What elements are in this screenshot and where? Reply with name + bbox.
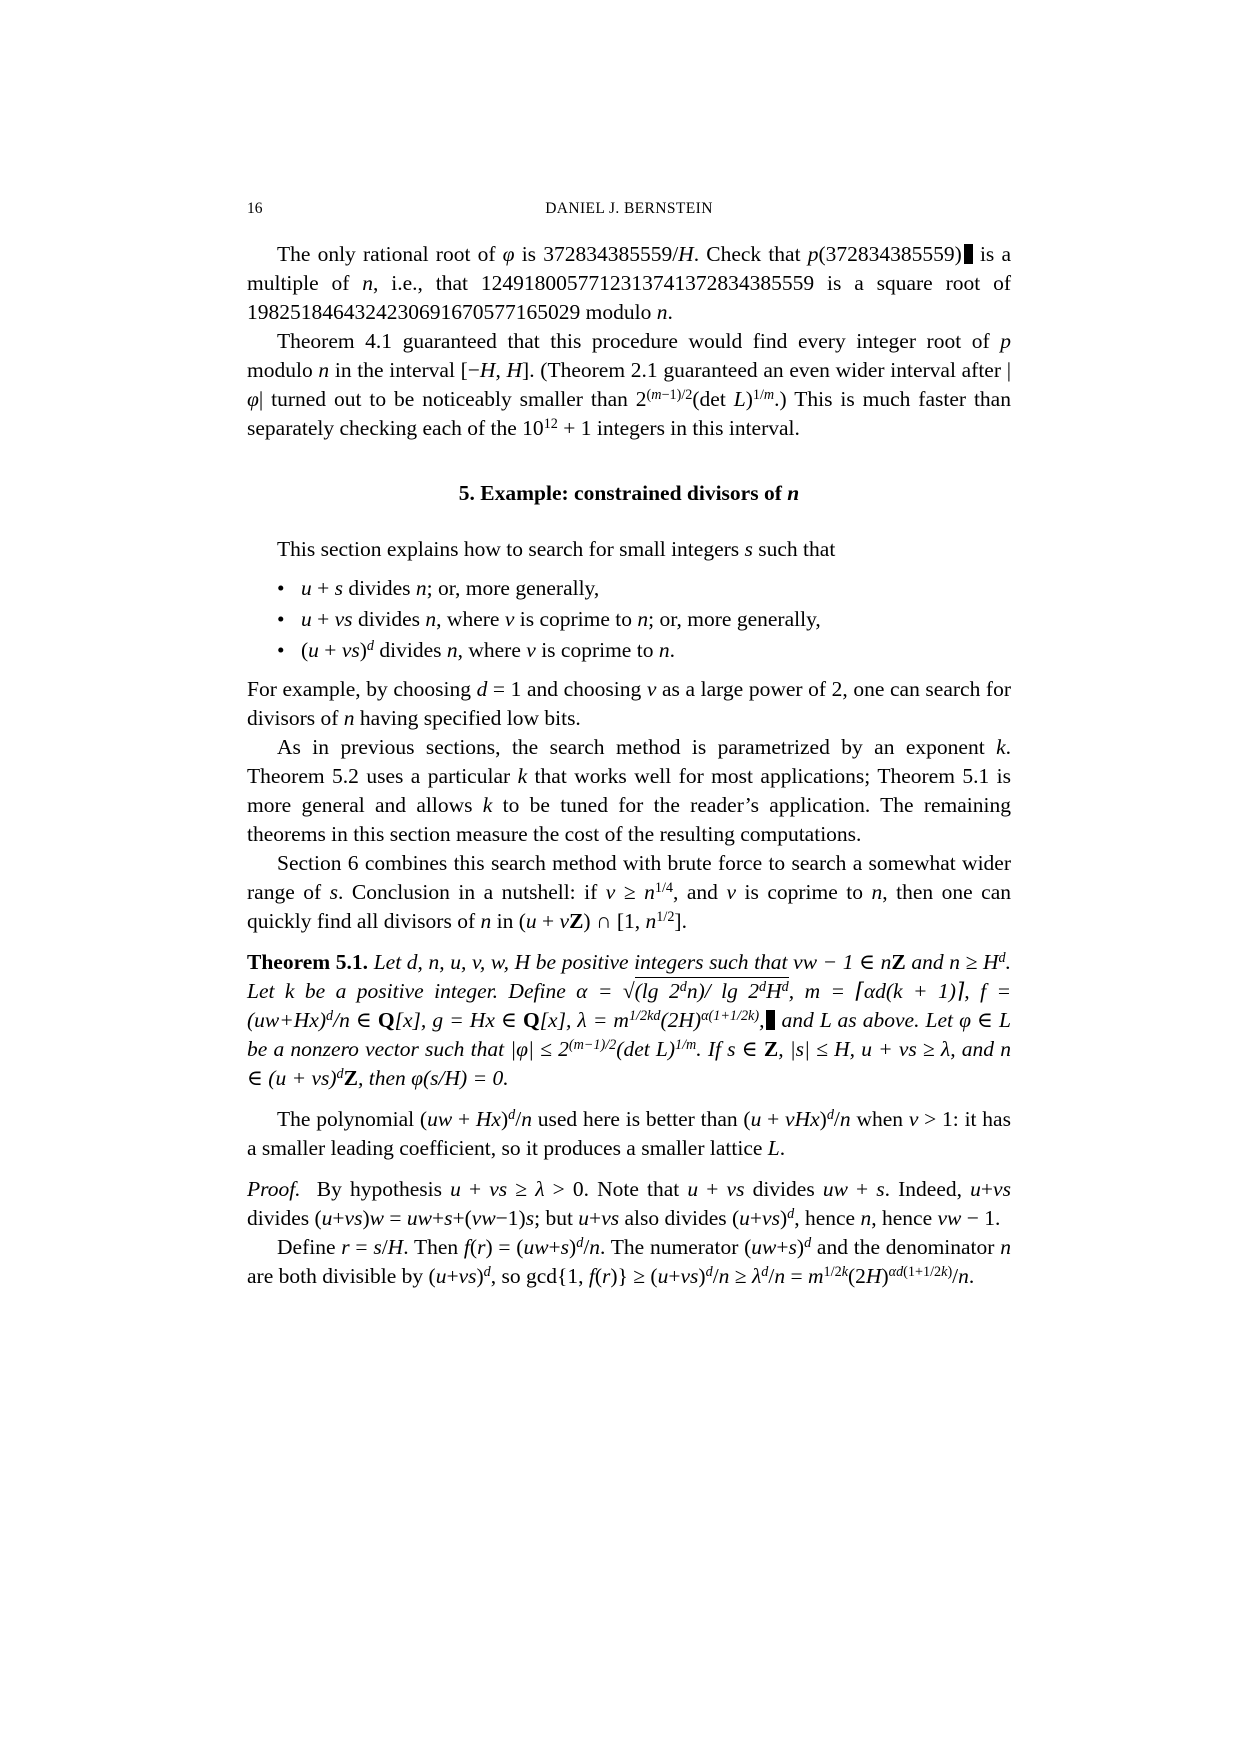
list-item: •u + s divides n; or, more generally, — [247, 573, 1011, 604]
theorem-5-1: Theorem 5.1. Let d, n, u, v, w, H be pos… — [247, 948, 1011, 1093]
paragraph-for-example: For example, by choosing d = 1 and choos… — [247, 675, 1011, 733]
bullet-text: u + vs divides n, where v is coprime to … — [301, 607, 821, 631]
paragraph-rational-root: The only rational root of φ is 372834385… — [247, 240, 1011, 327]
paragraph-as-in-previous: As in previous sections, the search meth… — [247, 733, 1011, 849]
paragraph-proof-2: Define r = s/H. Then f(r) = (uw+s)d/n. T… — [247, 1233, 1011, 1291]
section-heading: 5. Example: constrained divisors of n — [247, 479, 1011, 508]
running-head: DANIEL J. BERNSTEIN — [545, 200, 713, 217]
bullet-text: u + s divides n; or, more generally, — [301, 576, 599, 600]
bullet-marker: • — [277, 604, 301, 635]
paper-page: 16 DANIEL J. BERNSTEIN The only rational… — [0, 0, 1240, 1754]
running-header: 16 DANIEL J. BERNSTEIN — [247, 200, 1011, 218]
text-block: 16 DANIEL J. BERNSTEIN The only rational… — [247, 200, 1011, 1291]
paragraph-polynomial-remark: The polynomial (uw + Hx)d/n used here is… — [247, 1105, 1011, 1163]
paragraph-section-6: Section 6 combines this search method wi… — [247, 849, 1011, 936]
bullet-marker: • — [277, 573, 301, 604]
paragraph-proof-1: Proof. By hypothesis u + vs ≥ λ > 0. Not… — [247, 1175, 1011, 1233]
list-item: •u + vs divides n, where v is coprime to… — [247, 604, 1011, 635]
paragraph-theorem-4-1: Theorem 4.1 guaranteed that this procedu… — [247, 327, 1011, 443]
page-number: 16 — [247, 200, 263, 218]
paragraph-this-section: This section explains how to search for … — [247, 535, 1011, 564]
bullet-text: (u + vs)d divides n, where v is coprime … — [301, 638, 675, 662]
bullet-list: •u + s divides n; or, more generally, •u… — [247, 573, 1011, 666]
bullet-marker: • — [277, 635, 301, 666]
list-item: •(u + vs)d divides n, where v is coprime… — [247, 635, 1011, 666]
